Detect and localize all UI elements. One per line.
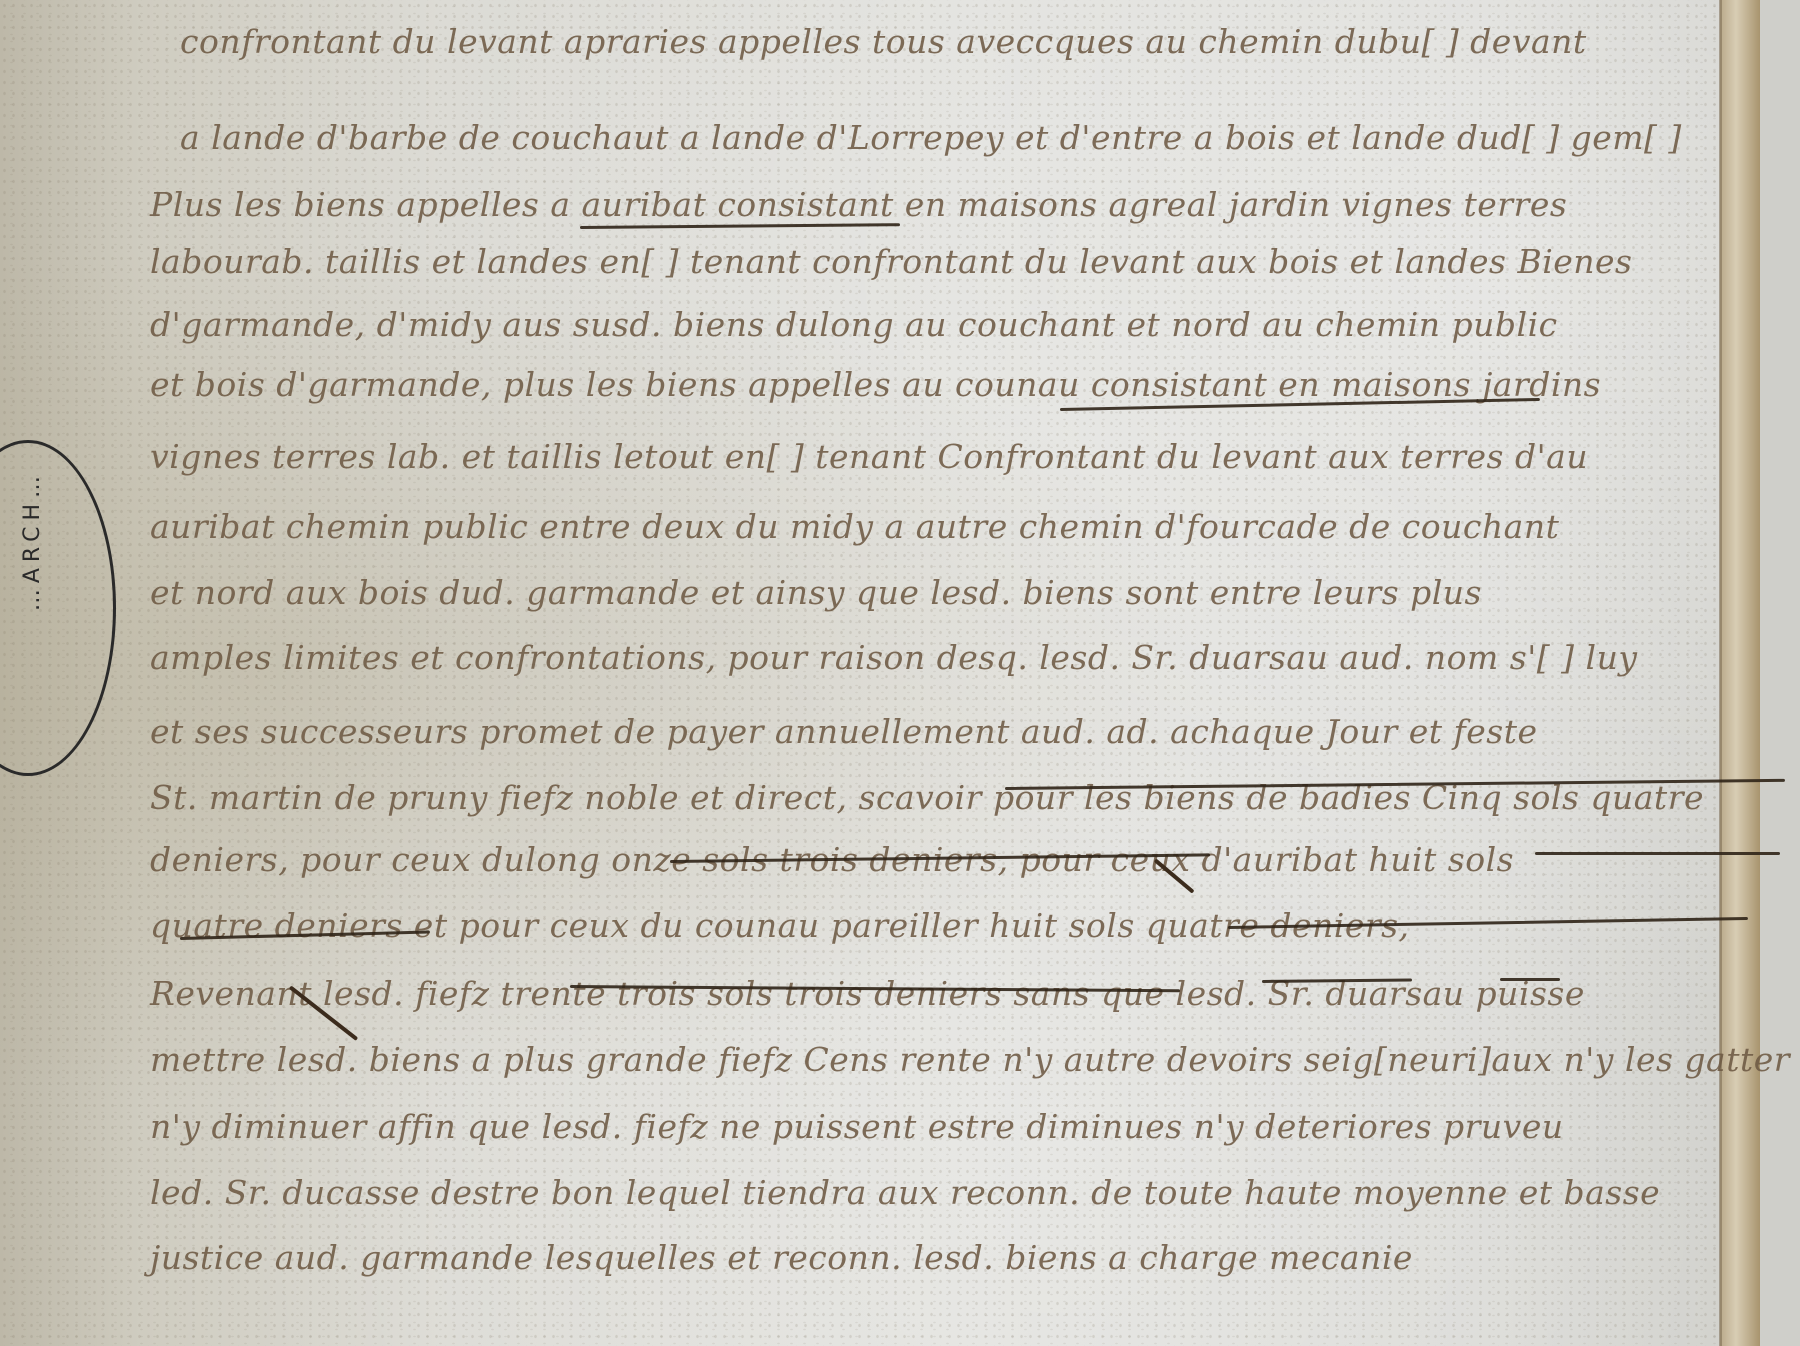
manuscript-line: Plus les biens appelles a auribat consis… (150, 185, 1567, 224)
manuscript-line: auribat chemin public entre deux du midy… (150, 507, 1559, 546)
manuscript-line: led. Sr. ducasse destre bon lequel tiend… (150, 1173, 1660, 1212)
manuscript-line: justice aud. garmande lesquelles et reco… (150, 1238, 1413, 1277)
ink-underline (1500, 978, 1560, 981)
manuscript-line: et ses successeurs promet de payer annue… (150, 712, 1538, 751)
manuscript-line: confrontant du levant apraries appelles … (180, 22, 1587, 61)
manuscript-line: labourab. taillis et landes en[ ] tenant… (150, 242, 1633, 281)
manuscript-line: mettre lesd. biens a plus grande fiefz C… (150, 1040, 1790, 1079)
manuscript-line: et bois d'garmande, plus les biens appel… (150, 365, 1601, 404)
manuscript-line: vignes terres lab. et taillis letout en[… (150, 437, 1588, 476)
handwritten-text-block: confrontant du levant apraries appelles … (0, 0, 1760, 1346)
manuscript-line: et nord aux bois dud. garmande et ainsy … (150, 573, 1482, 612)
manuscript-line: d'garmande, d'midy aus susd. biens dulon… (150, 305, 1558, 344)
manuscript-line: quatre deniers et pour ceux du counau pa… (150, 906, 1410, 945)
ink-underline (580, 223, 900, 229)
manuscript-line: a lande d'barbe de couchaut a lande d'Lo… (180, 118, 1682, 157)
manuscript-line: amples limites et confrontations, pour r… (150, 638, 1637, 677)
ink-underline (1535, 852, 1780, 855)
manuscript-page: …ARCH… confrontant du levant apraries ap… (0, 0, 1760, 1346)
manuscript-line: n'y diminuer affin que lesd. fiefz ne pu… (150, 1107, 1564, 1146)
